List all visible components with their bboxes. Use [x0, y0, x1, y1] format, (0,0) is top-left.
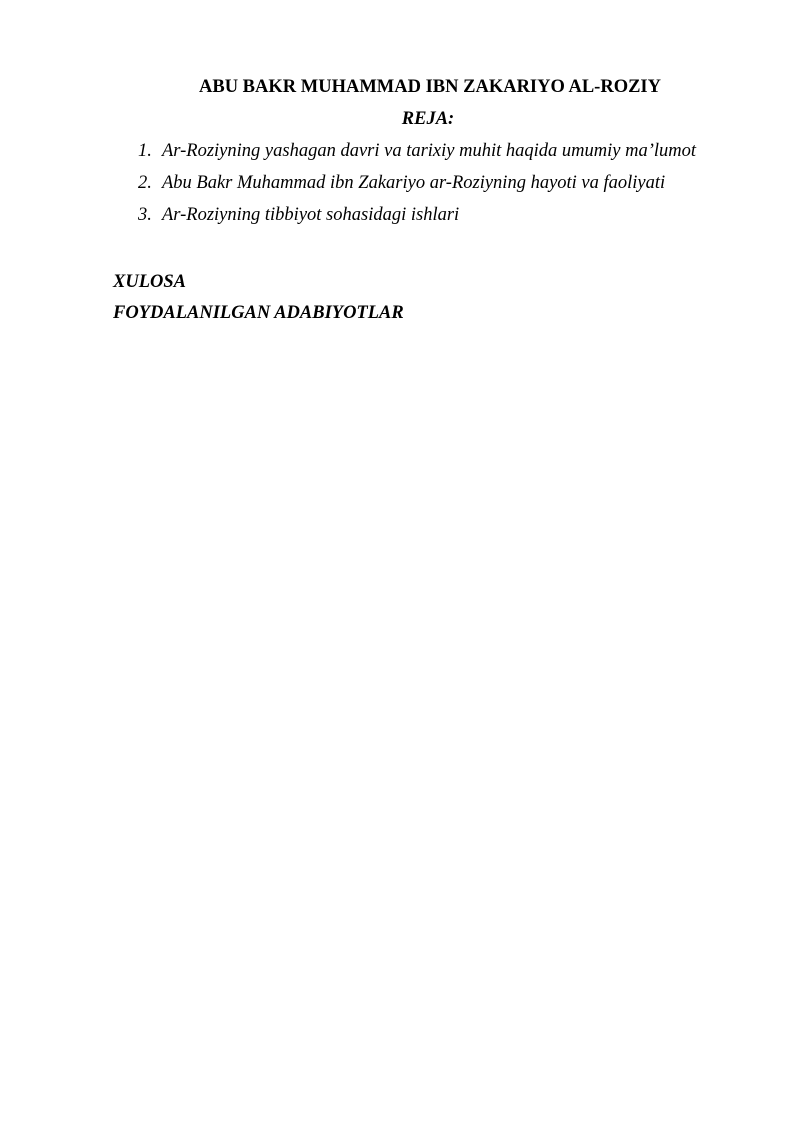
references-heading: FOYDALANILGAN ADABIYOTLAR: [113, 302, 404, 324]
plan-heading: REJA:: [0, 108, 800, 130]
plan-list: 1. Ar-Roziyning yashagan davri va tarixi…: [138, 140, 696, 236]
plan-item-number: 2.: [138, 172, 162, 194]
plan-item-text: Ar-Roziyning tibbiyot sohasidagi ishlari: [162, 204, 459, 226]
document-page: ABU BAKR MUHAMMAD IBN ZAKARIYO AL-ROZIY …: [0, 0, 800, 1131]
document-title: ABU BAKR MUHAMMAD IBN ZAKARIYO AL-ROZIY: [0, 76, 800, 98]
plan-item-text: Abu Bakr Muhammad ibn Zakariyo ar-Roziyn…: [162, 172, 665, 194]
plan-item: 3. Ar-Roziyning tibbiyot sohasidagi ishl…: [138, 204, 696, 226]
plan-item-number: 1.: [138, 140, 162, 162]
plan-item: 2. Abu Bakr Muhammad ibn Zakariyo ar-Roz…: [138, 172, 696, 194]
plan-item-text: Ar-Roziyning yashagan davri va tarixiy m…: [162, 140, 696, 162]
conclusion-heading: XULOSA: [113, 271, 186, 293]
plan-item: 1. Ar-Roziyning yashagan davri va tarixi…: [138, 140, 696, 162]
plan-item-number: 3.: [138, 204, 162, 226]
